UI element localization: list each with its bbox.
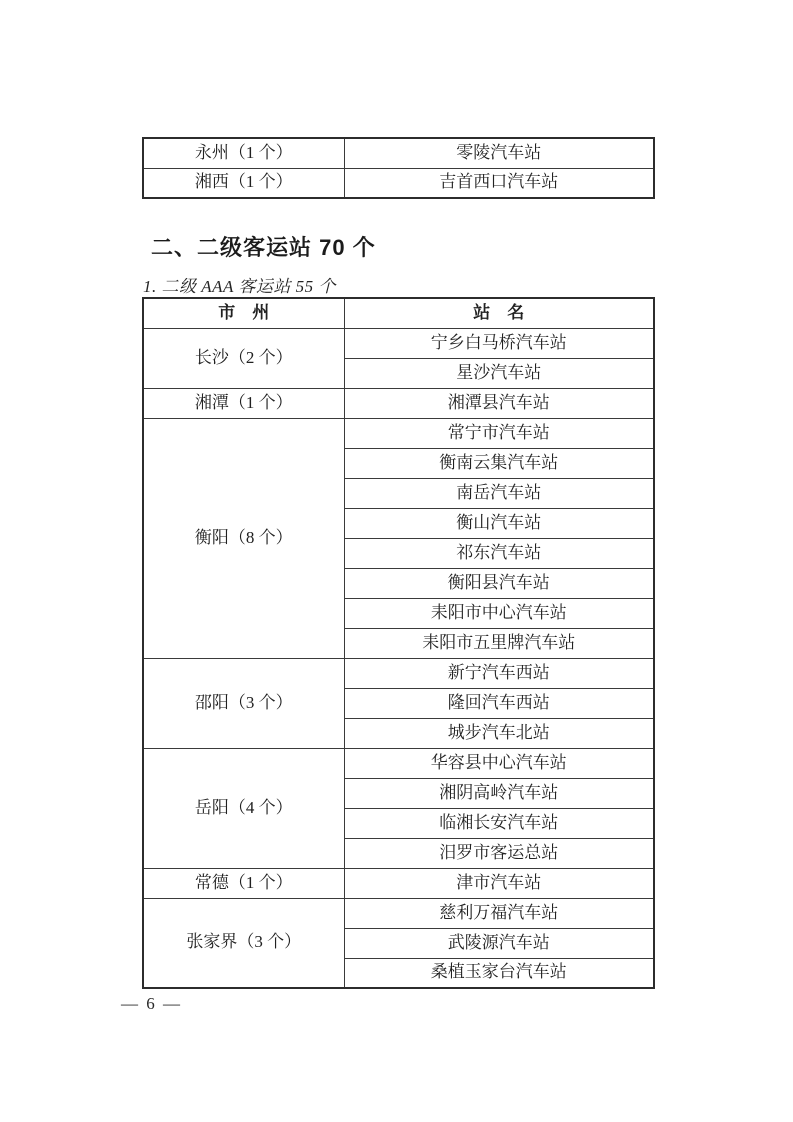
station-cell: 津市汽车站	[344, 868, 654, 898]
station-cell: 祁东汽车站	[344, 538, 654, 568]
city-cell: 湘西（1 个）	[143, 168, 344, 198]
station-cell: 吉首西口汽车站	[344, 168, 654, 198]
station-cell: 零陵汽车站	[344, 138, 654, 168]
section-heading: 二、二级客运站 70 个	[151, 231, 376, 262]
station-cell: 湘阴高岭汽车站	[344, 778, 654, 808]
station-cell: 南岳汽车站	[344, 478, 654, 508]
station-cell: 新宁汽车西站	[344, 658, 654, 688]
main-table-body: 长沙（2 个）宁乡白马桥汽车站星沙汽车站湘潭（1 个）湘潭县汽车站衡阳（8 个）…	[143, 328, 654, 988]
station-cell: 衡山汽车站	[344, 508, 654, 538]
station-cell: 衡南云集汽车站	[344, 448, 654, 478]
station-cell: 城步汽车北站	[344, 718, 654, 748]
city-cell: 张家界（3 个）	[143, 898, 344, 988]
city-cell: 永州（1 个）	[143, 138, 344, 168]
city-cell: 湘潭（1 个）	[143, 388, 344, 418]
top-table-body: 永州（1 个）零陵汽车站湘西（1 个）吉首西口汽车站	[143, 138, 654, 198]
sub-heading: 1. 二级 AAA 客运站 55 个	[143, 272, 336, 297]
station-cell: 慈利万福汽车站	[344, 898, 654, 928]
station-cell: 桑植玉家台汽车站	[344, 958, 654, 988]
city-cell: 衡阳（8 个）	[143, 418, 344, 658]
column-header-city: 市 州	[143, 298, 344, 328]
station-cell: 湘潭县汽车站	[344, 388, 654, 418]
city-cell: 邵阳（3 个）	[143, 658, 344, 748]
station-cell: 临湘长安汽车站	[344, 808, 654, 838]
table-row: 湘西（1 个）吉首西口汽车站	[143, 168, 654, 198]
city-cell: 长沙（2 个）	[143, 328, 344, 388]
station-cell: 汨罗市客运总站	[344, 838, 654, 868]
table-row: 岳阳（4 个）华容县中心汽车站	[143, 748, 654, 778]
document-page: 永州（1 个）零陵汽车站湘西（1 个）吉首西口汽车站 二、二级客运站 70 个 …	[0, 0, 793, 1122]
aaa-station-table: 市 州 站 名 长沙（2 个）宁乡白马桥汽车站星沙汽车站湘潭（1 个）湘潭县汽车…	[142, 297, 655, 989]
column-header-station: 站 名	[344, 298, 654, 328]
station-cell: 华容县中心汽车站	[344, 748, 654, 778]
table-row: 永州（1 个）零陵汽车站	[143, 138, 654, 168]
table-row: 邵阳（3 个）新宁汽车西站	[143, 658, 654, 688]
table-row: 张家界（3 个）慈利万福汽车站	[143, 898, 654, 928]
station-cell: 衡阳县汽车站	[344, 568, 654, 598]
table-header-row: 市 州 站 名	[143, 298, 654, 328]
table-row: 长沙（2 个）宁乡白马桥汽车站	[143, 328, 654, 358]
table-row: 湘潭（1 个）湘潭县汽车站	[143, 388, 654, 418]
station-cell: 隆回汽车西站	[344, 688, 654, 718]
page-number: — 6 —	[121, 994, 182, 1014]
station-cell: 耒阳市五里牌汽车站	[344, 628, 654, 658]
station-cell: 常宁市汽车站	[344, 418, 654, 448]
city-cell: 岳阳（4 个）	[143, 748, 344, 868]
station-cell: 耒阳市中心汽车站	[344, 598, 654, 628]
city-cell: 常德（1 个）	[143, 868, 344, 898]
station-cell: 武陵源汽车站	[344, 928, 654, 958]
table-row: 衡阳（8 个）常宁市汽车站	[143, 418, 654, 448]
station-cell: 宁乡白马桥汽车站	[344, 328, 654, 358]
station-cell: 星沙汽车站	[344, 358, 654, 388]
carryover-station-table: 永州（1 个）零陵汽车站湘西（1 个）吉首西口汽车站	[142, 137, 655, 199]
table-row: 常德（1 个）津市汽车站	[143, 868, 654, 898]
